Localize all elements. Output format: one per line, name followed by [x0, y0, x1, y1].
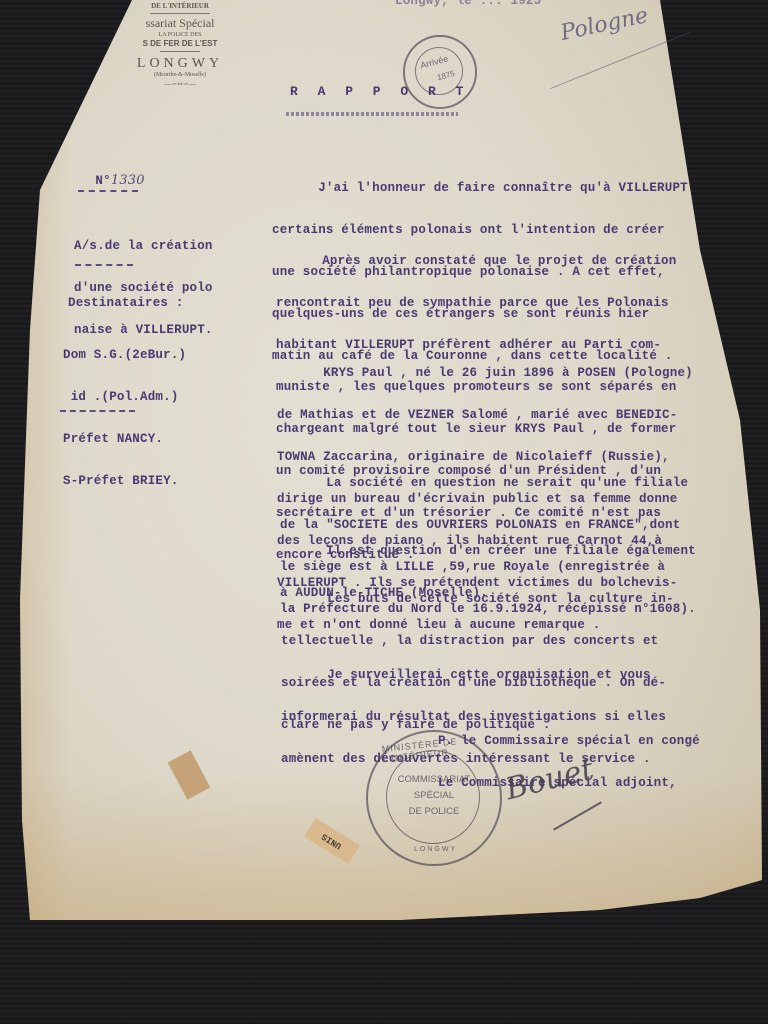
- letterhead-railways: S DE FER DE L'EST: [110, 39, 250, 48]
- body-line: de Mathias et de VEZNER Salomé , marié a…: [277, 408, 693, 422]
- report-title: R A P P O R T: [290, 85, 469, 99]
- body-line: La société en question ne serait qu'une …: [280, 476, 696, 490]
- police-stamp-line: SPÉCIAL: [388, 788, 480, 804]
- letterhead-ornament: —∽∾∽—: [110, 80, 250, 88]
- body-line: Après avoir constaté que le projet de cr…: [276, 254, 676, 268]
- police-stamp-line: DE POLICE: [388, 804, 480, 820]
- reference-number-label: N°: [95, 174, 110, 188]
- recipient-item: id .(Pol.Adm.): [63, 390, 186, 404]
- reference-number: N°1330: [80, 160, 145, 188]
- recipient-item: S-Préfet BRIEY.: [63, 474, 186, 488]
- divider: [75, 264, 133, 266]
- subject-line: d'une société polo: [74, 281, 213, 295]
- police-stamp-bottom: LONGWY: [414, 846, 457, 853]
- divider: [78, 190, 138, 192]
- letterhead-city: LONGWY: [110, 56, 250, 72]
- letterhead-divider: [150, 13, 210, 14]
- letterhead-police: LA POLICE DES: [110, 32, 250, 38]
- recipient-item: Dom S.G.(2eBur.): [63, 348, 186, 362]
- reference-number-value: 1330: [111, 173, 145, 188]
- subject-line: A/s.de la création: [74, 239, 213, 253]
- body-line: KRYS Paul , né le 26 juin 1896 à POSEN (…: [277, 366, 693, 380]
- body-line: Les buts de cette société sont la cultur…: [281, 592, 674, 606]
- police-stamp-line: COMMISSARIAT: [388, 772, 480, 788]
- body-line: J'ai l'honneur de faire connaître qu'à V…: [272, 181, 688, 195]
- letterhead-divider: [160, 51, 200, 52]
- body-line: Il est question d'en créer une filiale é…: [280, 544, 696, 558]
- police-stamp: MINISTÈRE DE L'INTÉRIEUR COMMISSARIAT SP…: [366, 730, 502, 866]
- police-stamp-center: COMMISSARIAT SPÉCIAL DE POLICE: [388, 772, 480, 820]
- recipient-item: Préfet NANCY.: [63, 432, 186, 446]
- title-underline: [286, 112, 458, 116]
- letterhead-department: (Meurthe-&-Moselle): [110, 72, 250, 78]
- letterhead-commissariat: ssariat Spécial: [110, 16, 250, 31]
- date-line: Longwy, le ... 1925: [395, 0, 541, 8]
- divider: [60, 410, 135, 412]
- letterhead-ministry: DE L'INTÉRIEUR: [110, 2, 250, 10]
- letterhead: DE L'INTÉRIEUR ssariat Spécial LA POLICE…: [110, 0, 250, 88]
- body-line: rencontrait peu de sympathie parce que l…: [276, 296, 676, 310]
- recipients-heading: Destinataires :: [68, 296, 184, 310]
- body-line: Je surveillerai cette organisation et vo…: [281, 668, 666, 682]
